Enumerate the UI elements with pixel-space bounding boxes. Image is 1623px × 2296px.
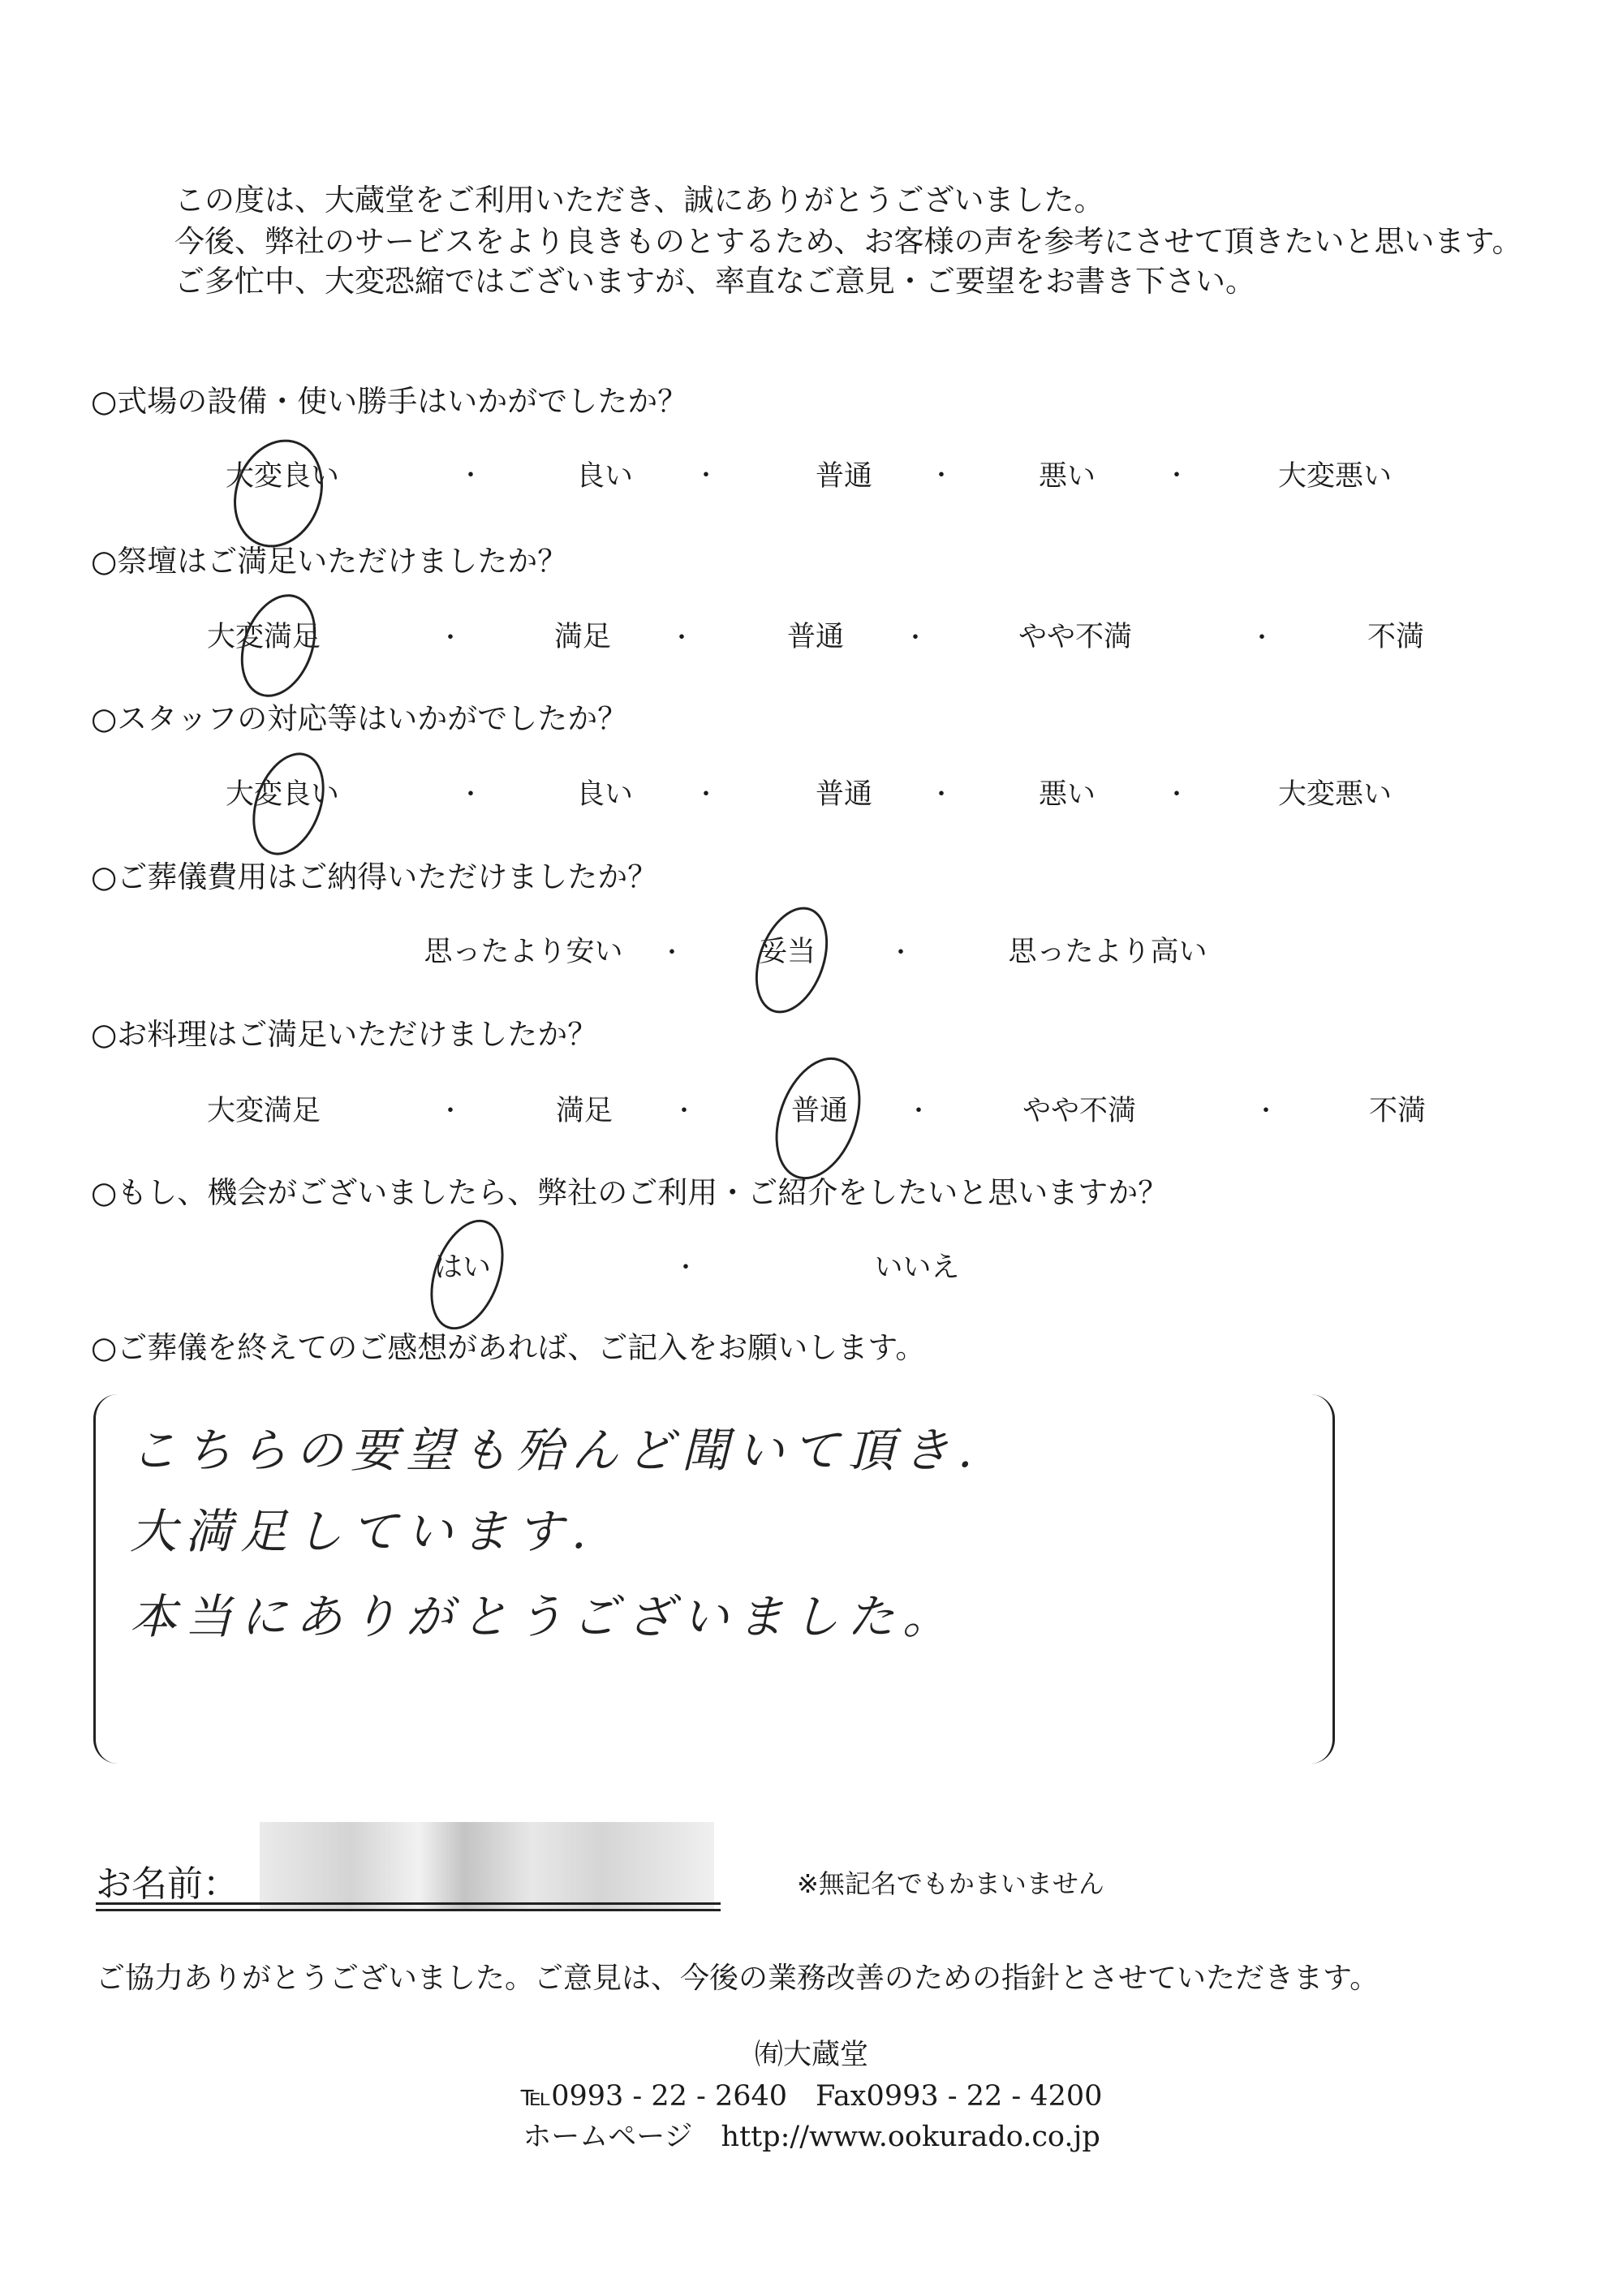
separator-dot: ・	[929, 783, 954, 808]
separator-dot: ・	[660, 941, 684, 966]
option-good[interactable]: 良い	[576, 781, 633, 809]
separator-dot: ・	[694, 464, 718, 489]
name-label: お名前：	[96, 1867, 239, 1902]
separator-dot: ・	[694, 783, 718, 808]
name-underline	[96, 1902, 721, 1905]
question-cost: ○ご葬儀費用はご納得いただけましたか？	[91, 862, 657, 892]
separator-dot: ・	[438, 1100, 463, 1124]
separator-dot: ・	[674, 1256, 698, 1281]
intro-line-3: ご多忙中、大変恐縮ではございますが、率直なご意見・ご要望をお書き下さい。	[174, 266, 1255, 296]
option-slightly-dissatisfied[interactable]: やや不満	[1022, 1097, 1136, 1126]
company-name: ㈲大蔵堂	[755, 2041, 868, 2070]
question-comments: ○ご葬儀を終えてのご感想があれば、ご記入をお願いします。	[91, 1333, 925, 1363]
separator-dot: ・	[906, 1100, 931, 1124]
separator-dot: ・	[1254, 1100, 1278, 1124]
option-very-bad[interactable]: 大変悪い	[1278, 463, 1392, 491]
option-no[interactable]: いいえ	[874, 1254, 959, 1282]
comment-box[interactable]: こちらの要望も殆んど聞いて頂き. 大満足しています. 本当にありがとうございまし…	[93, 1394, 1335, 1764]
intro-line-1: この度は、大蔵堂をご利用いただき、誠にありがとうございました。	[174, 185, 1104, 215]
option-dissatisfied[interactable]: 不満	[1369, 1097, 1426, 1126]
website-link[interactable]: ホームページ http://www.ookurado.co.jp	[523, 2123, 1100, 2152]
comment-line-3: 本当にありがとうございました。	[130, 1593, 958, 1640]
intro-line-2: 今後、弊社のサービスをより良きものとするため、お客様の声を参考にさせて頂きたいと…	[174, 226, 1522, 256]
option-very-bad[interactable]: 大変悪い	[1278, 781, 1392, 809]
option-slightly-dissatisfied[interactable]: やや不満	[1018, 623, 1132, 652]
option-very-satisfied[interactable]: 大変満足	[207, 1097, 321, 1126]
selection-circle	[227, 584, 329, 708]
separator-dot: ・	[903, 627, 928, 651]
option-bad[interactable]: 悪い	[1039, 781, 1096, 809]
separator-dot: ・	[889, 941, 913, 966]
option-satisfied[interactable]: 満足	[554, 623, 611, 652]
option-satisfied[interactable]: 満足	[556, 1097, 613, 1126]
comment-line-2: 大満足しています.	[130, 1508, 594, 1555]
question-recommend: ○もし、機会がございましたら、弊社のご利用・ご紹介をしたいと思いますか？	[91, 1178, 1168, 1208]
separator-dot: ・	[672, 1100, 696, 1124]
question-staff: ○スタッフの対応等はいかがでしたか？	[91, 704, 627, 734]
anonymous-note: ※無記名でもかまいません	[797, 1871, 1104, 1897]
selection-circle	[742, 897, 842, 1023]
selection-circle	[760, 1045, 876, 1191]
comment-line-1: こちらの要望も殆んど聞いて頂き.	[130, 1427, 980, 1474]
separator-dot: ・	[458, 783, 483, 808]
bracket-left	[93, 1394, 120, 1764]
option-more-expensive[interactable]: 思ったより高い	[1008, 938, 1207, 967]
name-underline	[96, 1909, 721, 1911]
separator-dot: ・	[458, 464, 483, 489]
question-food: ○お料理はご満足いただけましたか？	[91, 1019, 597, 1049]
option-good[interactable]: 良い	[576, 463, 633, 491]
question-altar: ○祭壇はご満足いただけましたか？	[91, 546, 567, 576]
option-bad[interactable]: 悪い	[1039, 463, 1096, 491]
option-normal[interactable]: 普通	[816, 463, 872, 491]
option-dissatisfied[interactable]: 不満	[1367, 623, 1424, 652]
separator-dot: ・	[1165, 783, 1189, 808]
option-cheaper[interactable]: 思ったより安い	[424, 938, 622, 967]
separator-dot: ・	[438, 627, 463, 651]
selection-circle	[416, 1209, 517, 1339]
separator-dot: ・	[1165, 464, 1189, 489]
separator-dot: ・	[669, 627, 694, 651]
selection-circle	[219, 427, 338, 560]
separator-dot: ・	[1250, 627, 1274, 651]
name-redacted	[260, 1822, 714, 1911]
separator-dot: ・	[929, 464, 954, 489]
option-normal[interactable]: 普通	[787, 623, 844, 652]
question-facility: ○式場の設備・使い勝手はいかがでしたか？	[91, 386, 687, 416]
bracket-right	[1308, 1394, 1335, 1764]
option-normal[interactable]: 普通	[816, 781, 872, 809]
contact-info: ℡0993 - 22 - 2640 Fax0993 - 22 - 4200	[521, 2083, 1103, 2111]
thanks-text: ご協力ありがとうございました。ご意見は、今後の業務改善のための指針とさせていただ…	[96, 1964, 1379, 1993]
